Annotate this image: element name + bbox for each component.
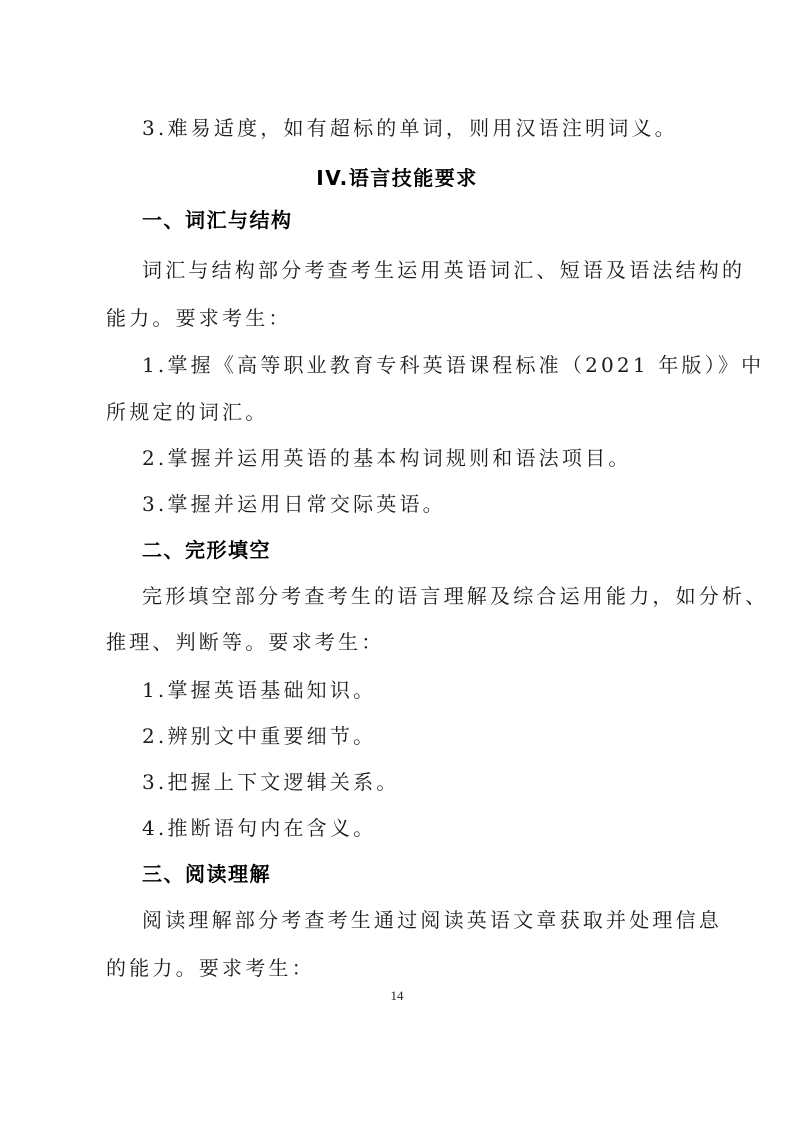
reading-paragraph-line-2: 的能力。要求考生： [106,954,694,982]
vocabulary-paragraph-line-1: 词汇与结构部分考查考生运用英语词汇、短语及语法结构的 [142,256,694,284]
cloze-item-1: 1.掌握英语基础知识。 [142,676,694,704]
section-heading-cloze: 二、完形填空 [142,536,694,564]
section-heading-vocabulary: 一、词汇与结构 [142,206,694,234]
cloze-item-3: 3.把握上下文逻辑关系。 [142,768,694,796]
document-page: 3.难易适度，如有超标的单词，则用汉语注明词义。 IV.语言技能要求 一、词汇与… [0,0,794,1122]
section-heading-reading: 三、阅读理解 [142,860,694,888]
cloze-item-4: 4.推断语句内在含义。 [142,814,694,842]
cloze-paragraph-line-1: 完形填空部分考查考生的语言理解及综合运用能力，如分析、 [142,582,694,610]
vocabulary-item-1-line-2: 所规定的词汇。 [106,398,694,426]
cloze-item-2: 2.辨别文中重要细节。 [142,722,694,750]
cloze-paragraph-line-2: 推理、判断等。要求考生： [106,628,694,656]
reading-paragraph-line-1: 阅读理解部分考查考生通过阅读英语文章获取并处理信息 [142,906,694,934]
section-title: IV.语言技能要求 [0,164,794,192]
vocabulary-paragraph-line-2: 能力。要求考生： [106,304,694,332]
intro-item-3: 3.难易适度，如有超标的单词，则用汉语注明词义。 [142,114,694,142]
page-number: 14 [0,988,794,1004]
vocabulary-item-1-line-1: 1.掌握《高等职业教育专科英语课程标准（2021 年版）》中 [142,351,694,379]
vocabulary-item-3: 3.掌握并运用日常交际英语。 [142,490,694,518]
vocabulary-item-2: 2.掌握并运用英语的基本构词规则和语法项目。 [142,444,694,472]
